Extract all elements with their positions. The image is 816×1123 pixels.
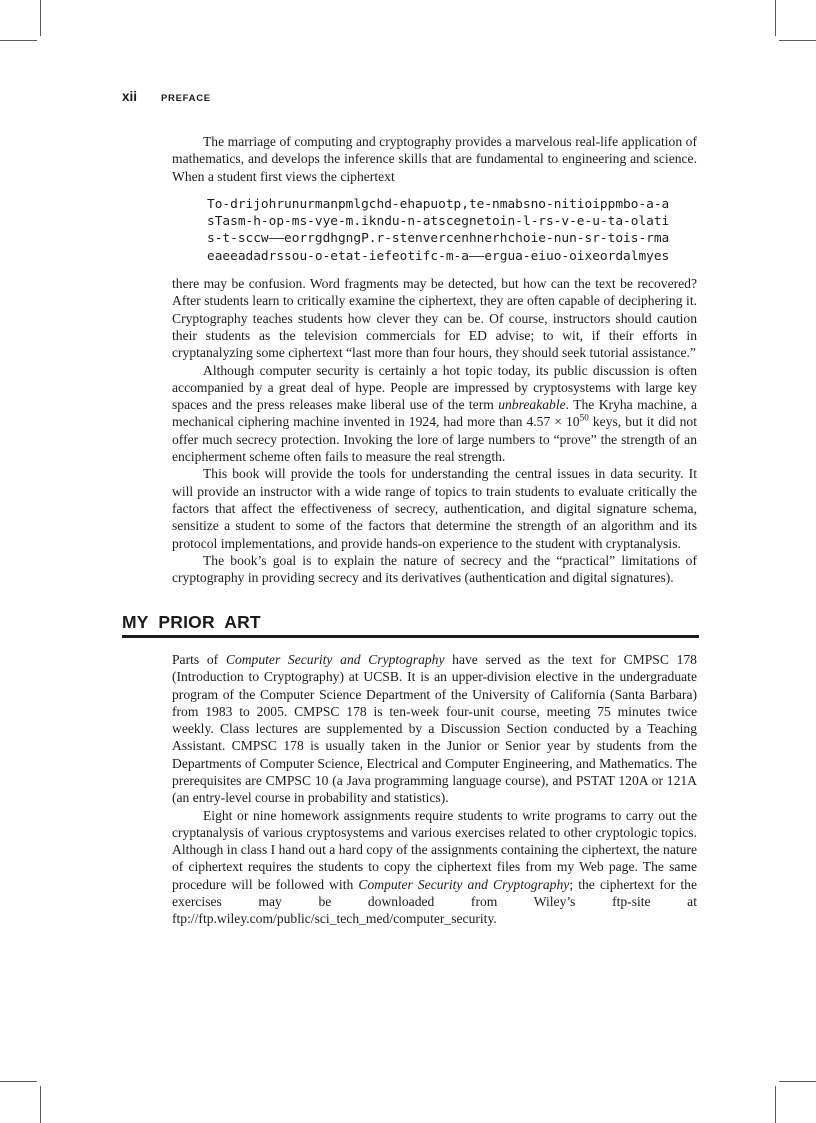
section-heading: MY PRIOR ART bbox=[122, 612, 699, 632]
paragraph-hype: Although computer security is certainly … bbox=[172, 362, 697, 466]
paragraph-course: Parts of Computer Security and Cryptogra… bbox=[172, 651, 697, 807]
running-head: xiiPREFACE bbox=[122, 88, 211, 106]
crop-mark-bottom-right-vertical bbox=[775, 1086, 776, 1123]
crop-mark-top-left-vertical bbox=[40, 0, 41, 36]
paragraph-intro: The marriage of computing and cryptograp… bbox=[172, 133, 697, 185]
crop-mark-top-right-vertical bbox=[775, 0, 776, 36]
crop-mark-top-right-horizontal bbox=[779, 40, 816, 41]
page-number: xii bbox=[122, 89, 137, 104]
running-head-title: PREFACE bbox=[161, 93, 211, 104]
paragraph-homework: Eight or nine homework assignments requi… bbox=[172, 807, 697, 928]
ciphertext-block: To-drijohrunurmanpmlgchd-ehapuotp,te-nma… bbox=[207, 196, 697, 265]
paragraph-book-goal: The book’s goal is to explain the nature… bbox=[172, 552, 697, 587]
page-content: The marriage of computing and cryptograp… bbox=[172, 133, 697, 928]
section-heading-rule bbox=[122, 635, 699, 638]
crop-mark-bottom-left-vertical bbox=[40, 1086, 41, 1123]
crop-mark-bottom-left-horizontal bbox=[0, 1081, 37, 1082]
paragraph-confusion: there may be confusion. Word fragments m… bbox=[172, 275, 697, 361]
crop-mark-top-left-horizontal bbox=[0, 40, 37, 41]
crop-mark-bottom-right-horizontal bbox=[779, 1081, 816, 1082]
book-page: xiiPREFACE The marriage of computing and… bbox=[0, 0, 816, 1123]
paragraph-book-tools: This book will provide the tools for und… bbox=[172, 465, 697, 551]
